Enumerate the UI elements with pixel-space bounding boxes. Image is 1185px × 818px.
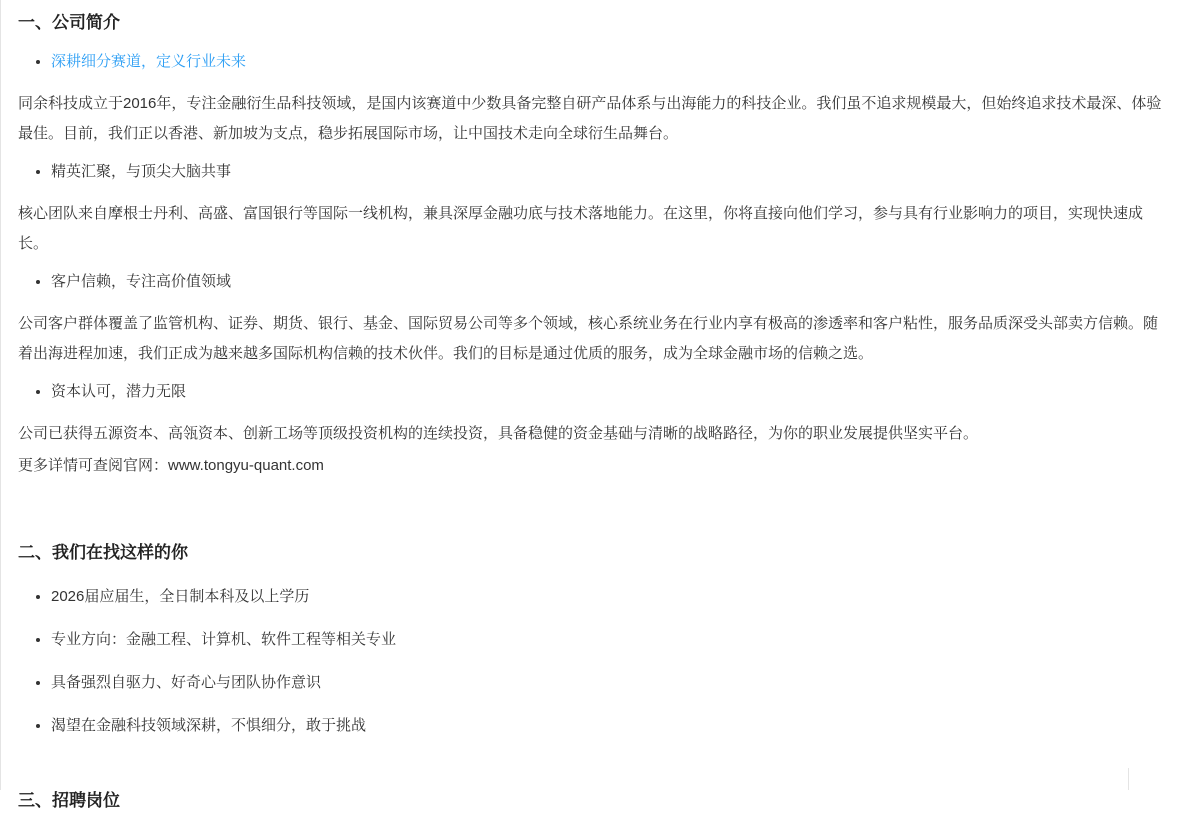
list-item: 深耕细分赛道，定义行业未来 [51, 51, 1171, 72]
list-item: 具备强烈自驱力、好奇心与团队协作意识 [51, 672, 1171, 693]
website-label: 更多详情可查阅官网： [18, 457, 168, 474]
paragraph-investors: 公司已获得五源资本、高瓴资本、创新工场等顶级投资机构的连续投资，具备稳健的资金基… [18, 419, 1171, 449]
highlight-list-4: 资本认可，潜力无限 [18, 381, 1171, 402]
website-url: www.tongyu-quant.com [168, 457, 324, 474]
list-item: 渴望在金融科技领域深耕，不惧细分，敢于挑战 [51, 715, 1171, 736]
paragraph-website: 更多详情可查阅官网：www.tongyu-quant.com [18, 451, 1171, 481]
job-posting-document: 一、公司简介 深耕细分赛道，定义行业未来 同余科技成立于2016年，专注金融衍生… [0, 12, 1185, 812]
list-item: 资本认可，潜力无限 [51, 381, 1171, 402]
list-item: 2026届应届生，全日制本科及以上学历 [51, 586, 1171, 607]
highlight-list-2: 精英汇聚，与顶尖大脑共事 [18, 161, 1171, 182]
list-item: 精英汇聚，与顶尖大脑共事 [51, 161, 1171, 182]
highlight-link-segment-future[interactable]: 深耕细分赛道，定义行业未来 [51, 53, 246, 70]
highlight-list-3: 客户信赖，专注高价值领域 [18, 271, 1171, 292]
highlight-list-1: 深耕细分赛道，定义行业未来 [18, 51, 1171, 72]
section-heading-company-intro: 一、公司简介 [18, 12, 1171, 34]
page-viewport: 一、公司简介 深耕细分赛道，定义行业未来 同余科技成立于2016年，专注金融衍生… [0, 0, 1185, 818]
paragraph-clients: 公司客户群体覆盖了监管机构、证券、期货、银行、基金、国际贸易公司等多个领域，核心… [18, 309, 1171, 369]
list-item: 专业方向：金融工程、计算机、软件工程等相关专业 [51, 629, 1171, 650]
section-heading-candidate-profile: 二、我们在找这样的你 [18, 542, 1171, 564]
paragraph-company-overview: 同余科技成立于2016年，专注金融衍生品科技领域，是国内该赛道中少数具备完整自研… [18, 89, 1171, 149]
section-heading-open-positions: 三、招聘岗位 [18, 790, 1171, 812]
candidate-requirements-list: 2026届应届生，全日制本科及以上学历 专业方向：金融工程、计算机、软件工程等相… [18, 586, 1171, 736]
list-item: 客户信赖，专注高价值领域 [51, 271, 1171, 292]
paragraph-team: 核心团队来自摩根士丹利、高盛、富国银行等国际一线机构，兼具深厚金融功底与技术落地… [18, 199, 1171, 259]
